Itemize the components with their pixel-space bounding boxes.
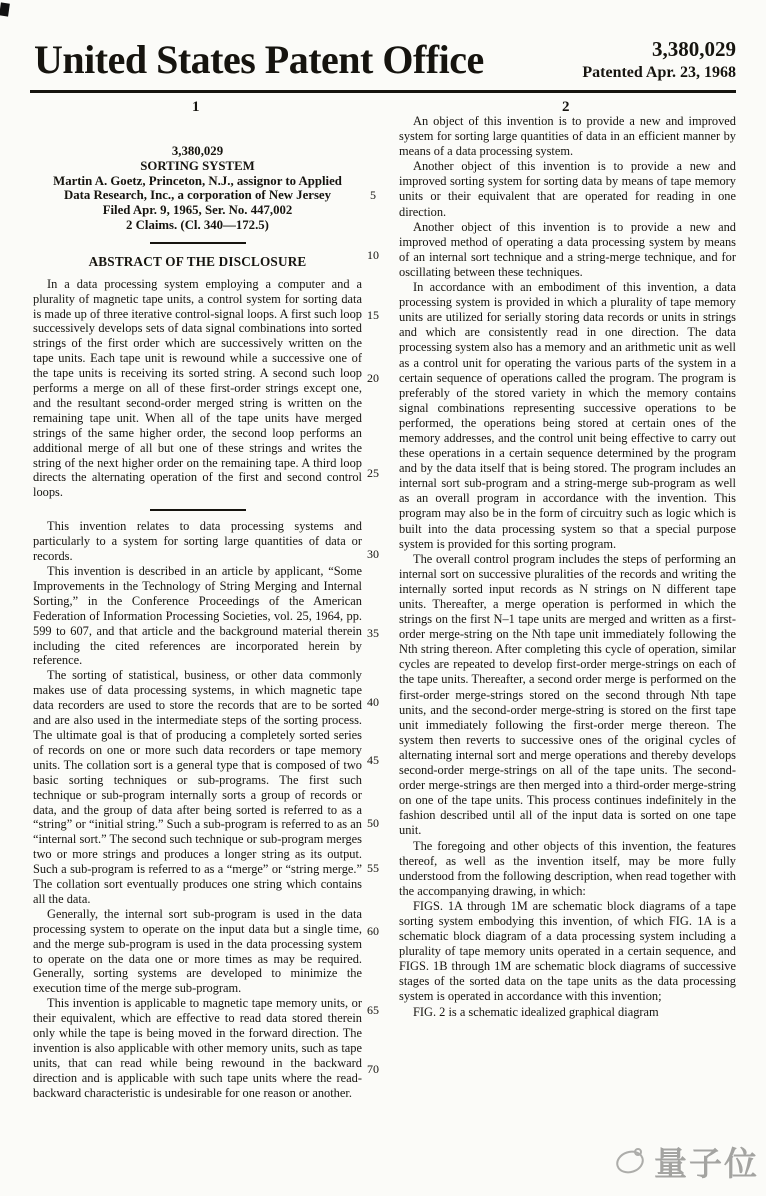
title-block-line: SORTING SYSTEM [33, 159, 362, 174]
column-2-body: An object of this invention is to provid… [399, 114, 736, 1020]
section-divider [150, 242, 246, 244]
body-paragraph: An object of this invention is to provid… [399, 114, 736, 159]
body-paragraph: Generally, the internal sort sub-program… [33, 907, 362, 996]
watermark-logo-icon [610, 1139, 652, 1184]
column-2: An object of this invention is to provid… [399, 114, 736, 1020]
line-number: 60 [352, 924, 394, 939]
patent-date: Patented Apr. 23, 1968 [582, 63, 736, 83]
page-title: United States Patent Office [34, 36, 484, 83]
line-number: 40 [352, 695, 394, 710]
line-number: 30 [352, 547, 394, 562]
line-number: 15 [352, 308, 394, 323]
body-paragraph: FIG. 2 is a schematic idealized graphica… [399, 1005, 736, 1020]
body-paragraph: Another object of this invention is to p… [399, 220, 736, 280]
line-number: 10 [352, 248, 394, 263]
patent-page: United States Patent Office 3,380,029 Pa… [0, 0, 766, 1196]
body-paragraph: In accordance with an embodiment of this… [399, 280, 736, 552]
line-number: 50 [352, 816, 394, 831]
masthead-divider [30, 90, 736, 93]
body-paragraph: This invention is applicable to magnetic… [33, 996, 362, 1100]
line-number: 25 [352, 466, 394, 481]
title-block-line: 2 Claims. (Cl. 340—172.5) [33, 218, 362, 233]
column-1: 3,380,029 SORTING SYSTEM Martin A. Goetz… [33, 128, 362, 1101]
line-number: 55 [352, 861, 394, 876]
line-number: 45 [352, 753, 394, 768]
body-paragraph: The overall control program includes the… [399, 552, 736, 839]
body-paragraph: The foregoing and other objects of this … [399, 839, 736, 899]
line-number: 70 [352, 1062, 394, 1077]
line-number: 5 [352, 188, 394, 203]
body-paragraph: This invention is described in an articl… [33, 564, 362, 668]
abstract-text: In a data processing system employing a … [33, 277, 362, 501]
watermark: 量子位 [610, 1138, 759, 1185]
column-1-number: 1 [192, 99, 200, 116]
title-block-line: Martin A. Goetz, Princeton, N.J., assign… [33, 174, 362, 189]
body-paragraph: Another object of this invention is to p… [399, 159, 736, 219]
title-block-line: 3,380,029 [33, 144, 362, 159]
line-number: 35 [352, 626, 394, 641]
line-number: 20 [352, 371, 394, 386]
watermark-text: 量子位 [654, 1138, 759, 1185]
title-block-line: Data Research, Inc., a corporation of Ne… [33, 188, 362, 203]
column-1-body: This invention relates to data processin… [33, 519, 362, 1100]
abstract-heading: ABSTRACT OF THE DISCLOSURE [33, 255, 362, 270]
body-paragraph: This invention relates to data processin… [33, 519, 362, 564]
masthead-right-block: 3,380,029 Patented Apr. 23, 1968 [582, 38, 736, 83]
line-number: 65 [352, 1003, 394, 1018]
patent-title-block: 3,380,029 SORTING SYSTEM Martin A. Goetz… [33, 144, 362, 233]
body-paragraph: FIGS. 1A through 1M are schematic block … [399, 899, 736, 1005]
body-paragraph: The sorting of statistical, business, or… [33, 668, 362, 907]
title-block-line: Filed Apr. 9, 1965, Ser. No. 447,002 [33, 203, 362, 218]
scan-artifact [0, 2, 10, 16]
patent-number: 3,380,029 [582, 38, 736, 60]
section-divider [150, 509, 246, 511]
